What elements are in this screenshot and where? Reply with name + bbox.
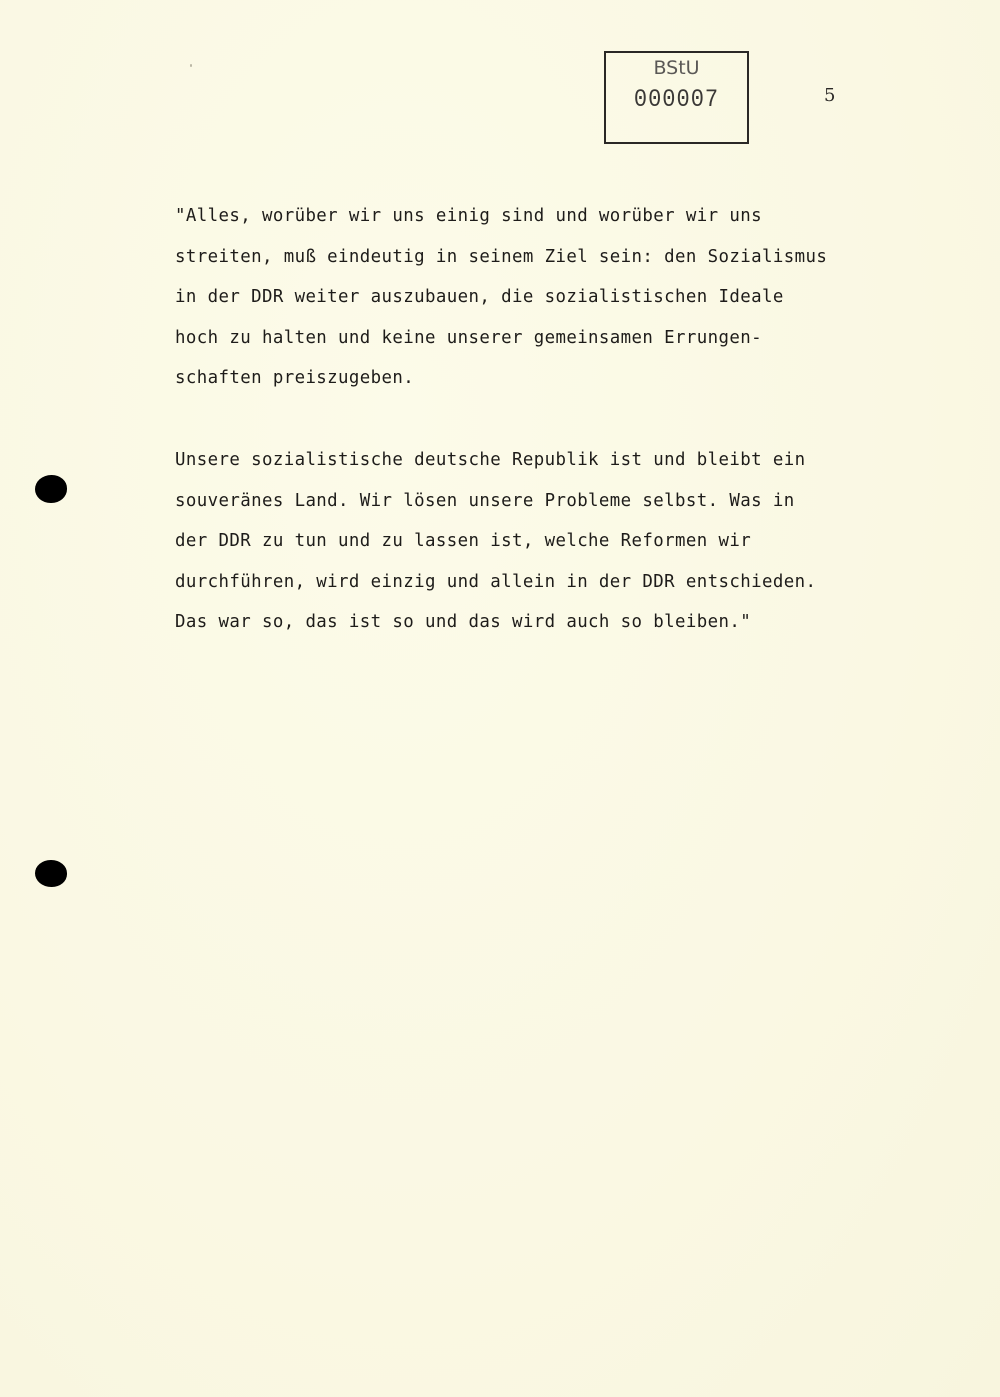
document-page: BStU 000007 5 "Alles, worüber wir uns ei… bbox=[0, 0, 1000, 1397]
archive-stamp: BStU 000007 bbox=[604, 51, 749, 144]
paper-speck bbox=[190, 64, 192, 67]
text-line: schaften preiszugeben. bbox=[175, 358, 935, 399]
stamp-document-number: 000007 bbox=[606, 85, 747, 114]
text-line: Unsere sozialistische deutsche Republik … bbox=[175, 440, 935, 481]
quote-paragraph-2: Unsere sozialistische deutsche Republik … bbox=[175, 440, 935, 643]
stamp-org-label: BStU bbox=[606, 57, 747, 79]
text-line: souveränes Land. Wir lösen unsere Proble… bbox=[175, 481, 935, 522]
text-line: "Alles, worüber wir uns einig sind und w… bbox=[175, 196, 935, 237]
punch-hole bbox=[35, 860, 67, 887]
text-line: in der DDR weiter auszubauen, die sozial… bbox=[175, 277, 935, 318]
punch-hole bbox=[35, 475, 67, 503]
quote-paragraph-1: "Alles, worüber wir uns einig sind und w… bbox=[175, 196, 935, 399]
text-line: durchführen, wird einzig und allein in d… bbox=[175, 562, 935, 603]
text-line: der DDR zu tun und zu lassen ist, welche… bbox=[175, 521, 935, 562]
text-line: hoch zu halten und keine unserer gemeins… bbox=[175, 318, 935, 359]
page-number: 5 bbox=[824, 85, 835, 106]
text-line: Das war so, das ist so und das wird auch… bbox=[175, 602, 935, 643]
text-line: streiten, muß eindeutig in seinem Ziel s… bbox=[175, 237, 935, 278]
